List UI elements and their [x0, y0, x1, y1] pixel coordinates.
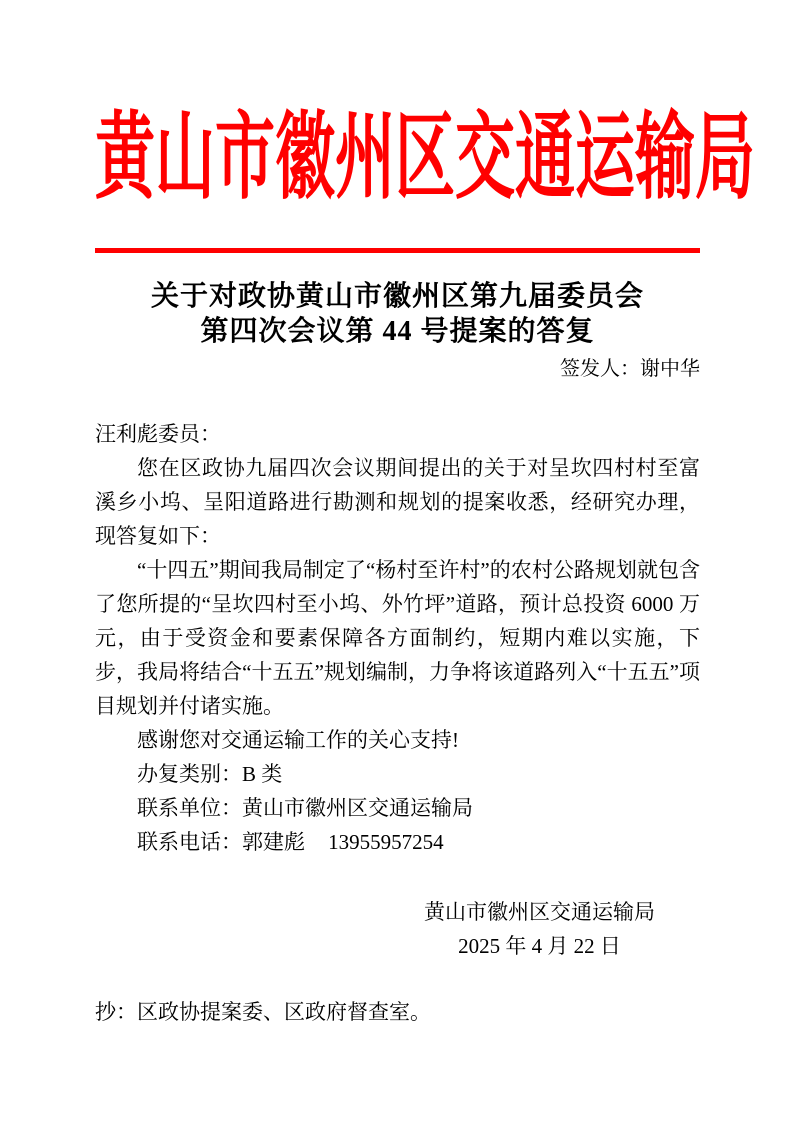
reply-category-label: 办复类别： [137, 762, 242, 786]
letter-body: 汪利彪委员： 您在区政协九届四次会议期间提出的关于对呈坎四村村至富溪乡小坞、呈阳… [95, 417, 700, 859]
signature-block: 黄山市徽州区交通运输局 2025 年 4 月 22 日 [95, 895, 700, 963]
contact-phone-line: 联系电话：郭建彪13955957254 [95, 825, 700, 859]
reply-category-value: B 类 [242, 762, 282, 786]
paragraph-thanks: 感谢您对交通运输工作的关心支持! [95, 723, 700, 757]
document-page: 黄山市徽州区交通运输局 关于对政协黄山市徽州区第九届委员会 第四次会议第 44 … [0, 0, 793, 1122]
contact-person-name: 郭建彪 [242, 830, 305, 854]
document-title: 关于对政协黄山市徽州区第九届委员会 第四次会议第 44 号提案的答复 [95, 279, 700, 349]
reply-category-line: 办复类别：B 类 [95, 757, 700, 791]
salutation: 汪利彪委员： [95, 417, 700, 451]
paragraph-reply: “十四五”期间我局制定了“杨村至许村”的农村公路规划就包含了您所提的“呈坎四村至… [95, 553, 700, 723]
signer-name: 谢中华 [640, 358, 700, 380]
contact-phone-label: 联系电话： [137, 830, 242, 854]
signer-label: 签发人： [560, 358, 640, 380]
document-title-line1: 关于对政协黄山市徽州区第九届委员会 [95, 279, 700, 314]
cc-line: 抄：区政协提案委、区政府督查室。 [95, 995, 700, 1029]
signature-org: 黄山市徽州区交通运输局 [424, 895, 655, 929]
contact-phone-number: 13955957254 [328, 830, 444, 854]
contact-unit-value: 黄山市徽州区交通运输局 [242, 796, 473, 820]
paragraph-intro: 您在区政协九届四次会议期间提出的关于对呈坎四村村至富溪乡小坞、呈阳道路进行勘测和… [95, 451, 700, 553]
contact-unit-label: 联系单位： [137, 796, 242, 820]
letterhead-org-name: 黄山市徽州区交通运输局 [95, 111, 700, 206]
document-title-line2: 第四次会议第 44 号提案的答复 [95, 314, 700, 349]
signer-line: 签发人：谢中华 [95, 357, 700, 381]
contact-unit-line: 联系单位：黄山市徽州区交通运输局 [95, 791, 700, 825]
letterhead-divider [95, 248, 700, 253]
signature-date: 2025 年 4 月 22 日 [424, 929, 655, 963]
